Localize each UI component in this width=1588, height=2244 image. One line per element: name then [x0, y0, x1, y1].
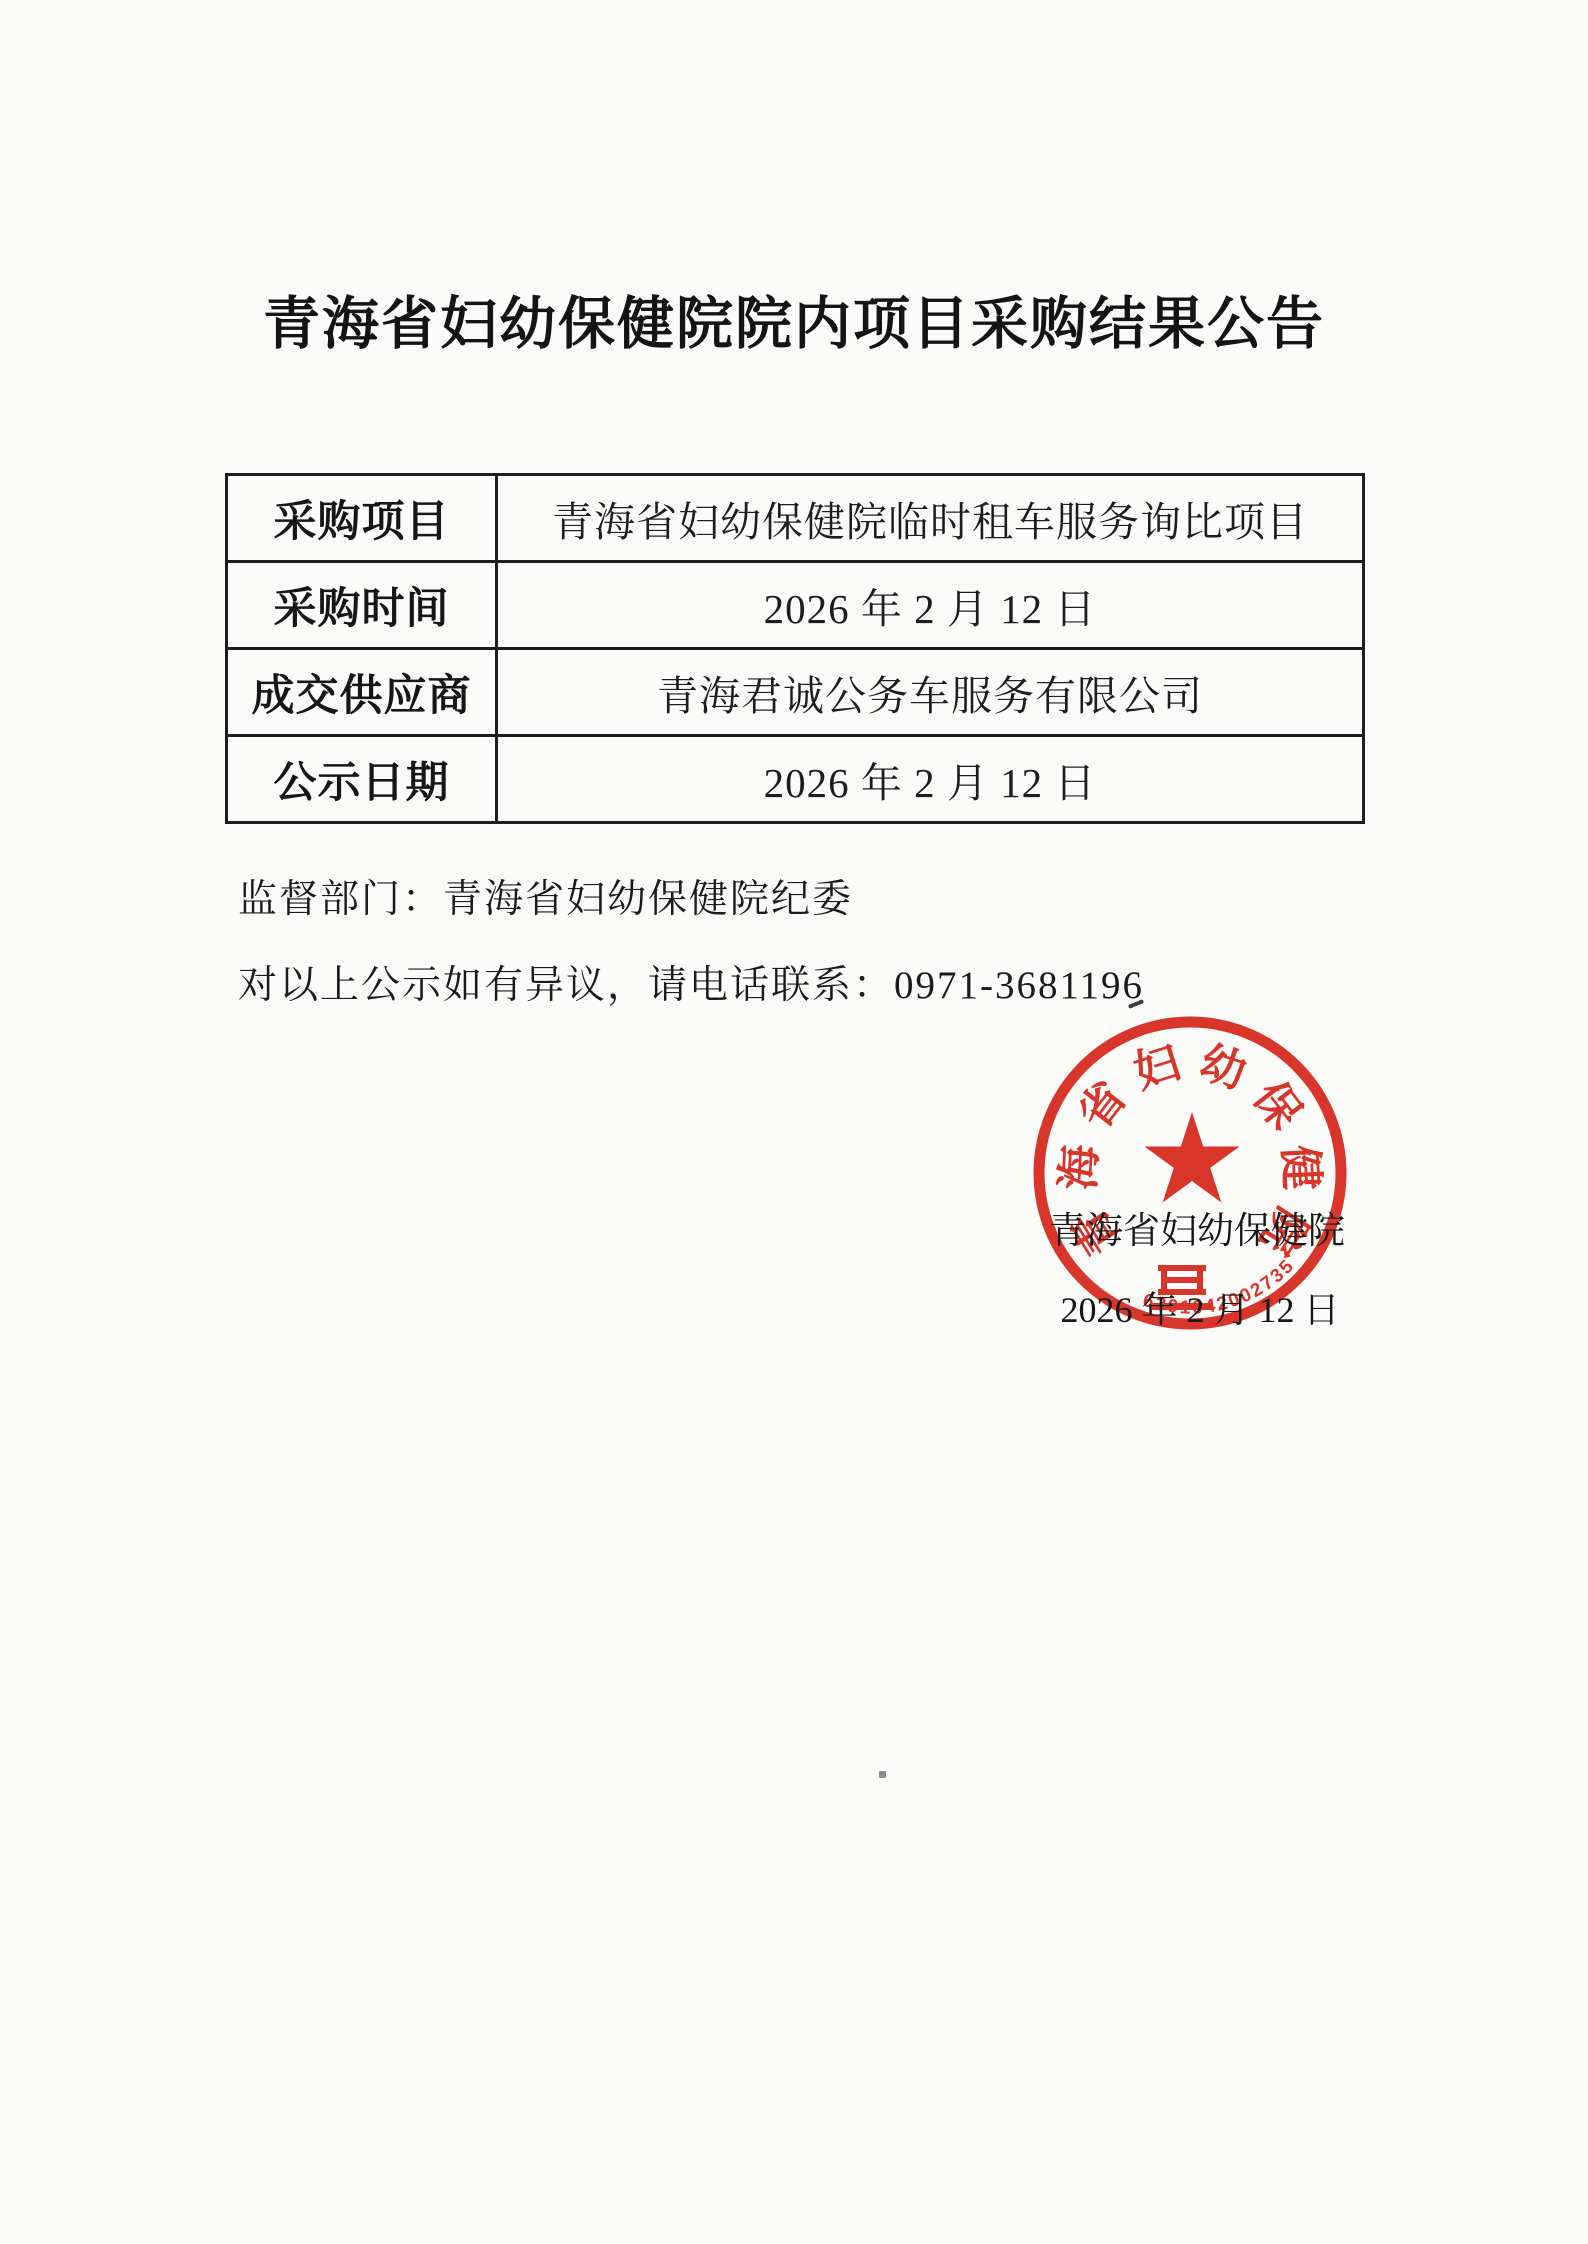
svg-text:妇: 妇 — [1128, 1036, 1186, 1098]
signature-org: 青海省妇幼保健院 — [1027, 1200, 1367, 1254]
contact-note: 对以上公示如有异议，请电话联系：0971-3681196 — [238, 954, 1144, 1010]
row-value-supplier: 青海君诚公务车服务有限公司 — [497, 649, 1364, 736]
table-row: 采购项目 青海省妇幼保健院临时租车服务询比项目 — [227, 475, 1364, 562]
row-label-supplier: 成交供应商 — [227, 649, 497, 736]
row-label-project: 采购项目 — [227, 475, 497, 562]
svg-text:保: 保 — [1244, 1072, 1312, 1139]
row-label-purchase-date: 采购时间 — [227, 562, 497, 649]
red-star-icon — [1144, 1112, 1239, 1203]
table-row: 成交供应商 青海君诚公务车服务有限公司 — [227, 649, 1364, 736]
page-title: 青海省妇幼保健院院内项目采购结果公告 — [0, 278, 1588, 360]
row-label-publicity-date: 公示日期 — [227, 736, 497, 823]
svg-text:幼: 幼 — [1194, 1036, 1252, 1098]
row-value-project: 青海省妇幼保健院临时租车服务询比项目 — [497, 475, 1364, 562]
svg-text:省: 省 — [1068, 1072, 1136, 1139]
scan-artifact-dot — [879, 1771, 886, 1778]
supervision-note: 监督部门：青海省妇幼保健院纪委 — [238, 868, 853, 924]
svg-text:海: 海 — [1052, 1144, 1105, 1192]
row-value-purchase-date: 2026 年 2 月 12 日 — [497, 562, 1364, 649]
row-value-publicity-date: 2026 年 2 月 12 日 — [497, 736, 1364, 823]
svg-text:健: 健 — [1274, 1144, 1327, 1192]
procurement-result-table: 采购项目 青海省妇幼保健院临时租车服务询比项目 采购时间 2026 年 2 月 … — [225, 473, 1365, 824]
document-page: 青海省妇幼保健院院内项目采购结果公告 采购项目 青海省妇幼保健院临时租车服务询比… — [0, 0, 1588, 2244]
signature-date: 2026 年 2 月 12 日 — [1030, 1282, 1370, 1333]
table-row: 公示日期 2026 年 2 月 12 日 — [227, 736, 1364, 823]
table-row: 采购时间 2026 年 2 月 12 日 — [227, 562, 1364, 649]
